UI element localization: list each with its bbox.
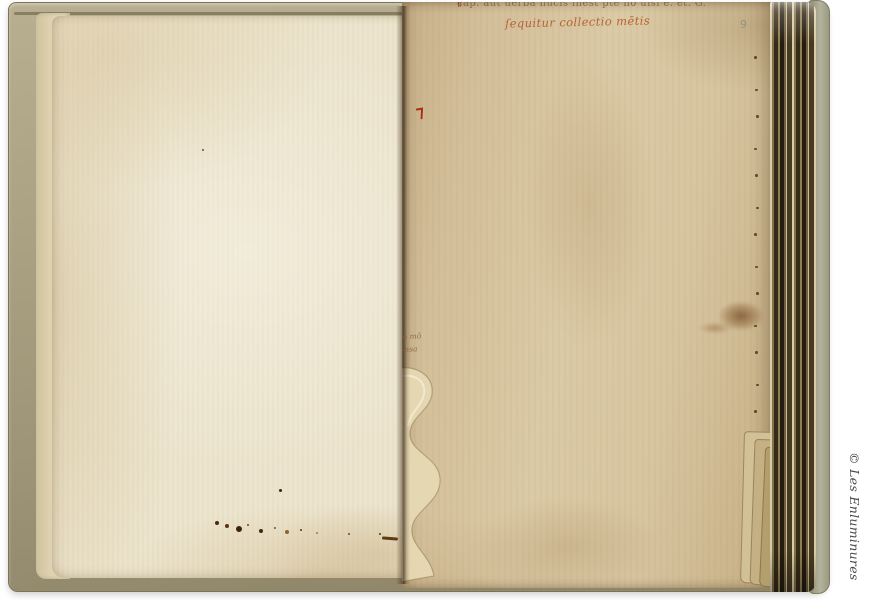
prick-mark xyxy=(756,115,759,118)
ink-offset-stains xyxy=(215,521,219,525)
prick-mark xyxy=(756,292,759,295)
prick-mark xyxy=(754,325,757,328)
fore-edge-pages xyxy=(770,2,816,592)
prick-mark xyxy=(755,266,758,269)
prick-mark xyxy=(754,56,757,59)
ink-speck xyxy=(202,149,204,151)
margin-gloss: pensa xyxy=(402,344,418,355)
prick-marks xyxy=(402,2,774,588)
manuscript-photo: ⁋cap. aūt uerba nucis inest ptē nō uisi … xyxy=(0,0,876,600)
margin-gloss: de mō xyxy=(402,331,422,342)
prick-mark xyxy=(755,174,758,177)
gutter-shadow xyxy=(396,6,410,584)
ink-speck xyxy=(279,489,282,492)
prick-mark xyxy=(754,233,757,236)
prick-mark xyxy=(754,148,757,151)
prick-mark xyxy=(755,89,758,92)
left-blank-page xyxy=(52,16,404,578)
right-manuscript-page: ⁋cap. aūt uerba nucis inest ptē nō uisi … xyxy=(402,2,774,588)
prick-mark xyxy=(754,410,757,413)
prick-mark xyxy=(755,351,758,354)
photo-credit: © Les Enluminures xyxy=(847,452,862,581)
prick-mark xyxy=(756,207,759,210)
prick-mark xyxy=(756,384,759,387)
